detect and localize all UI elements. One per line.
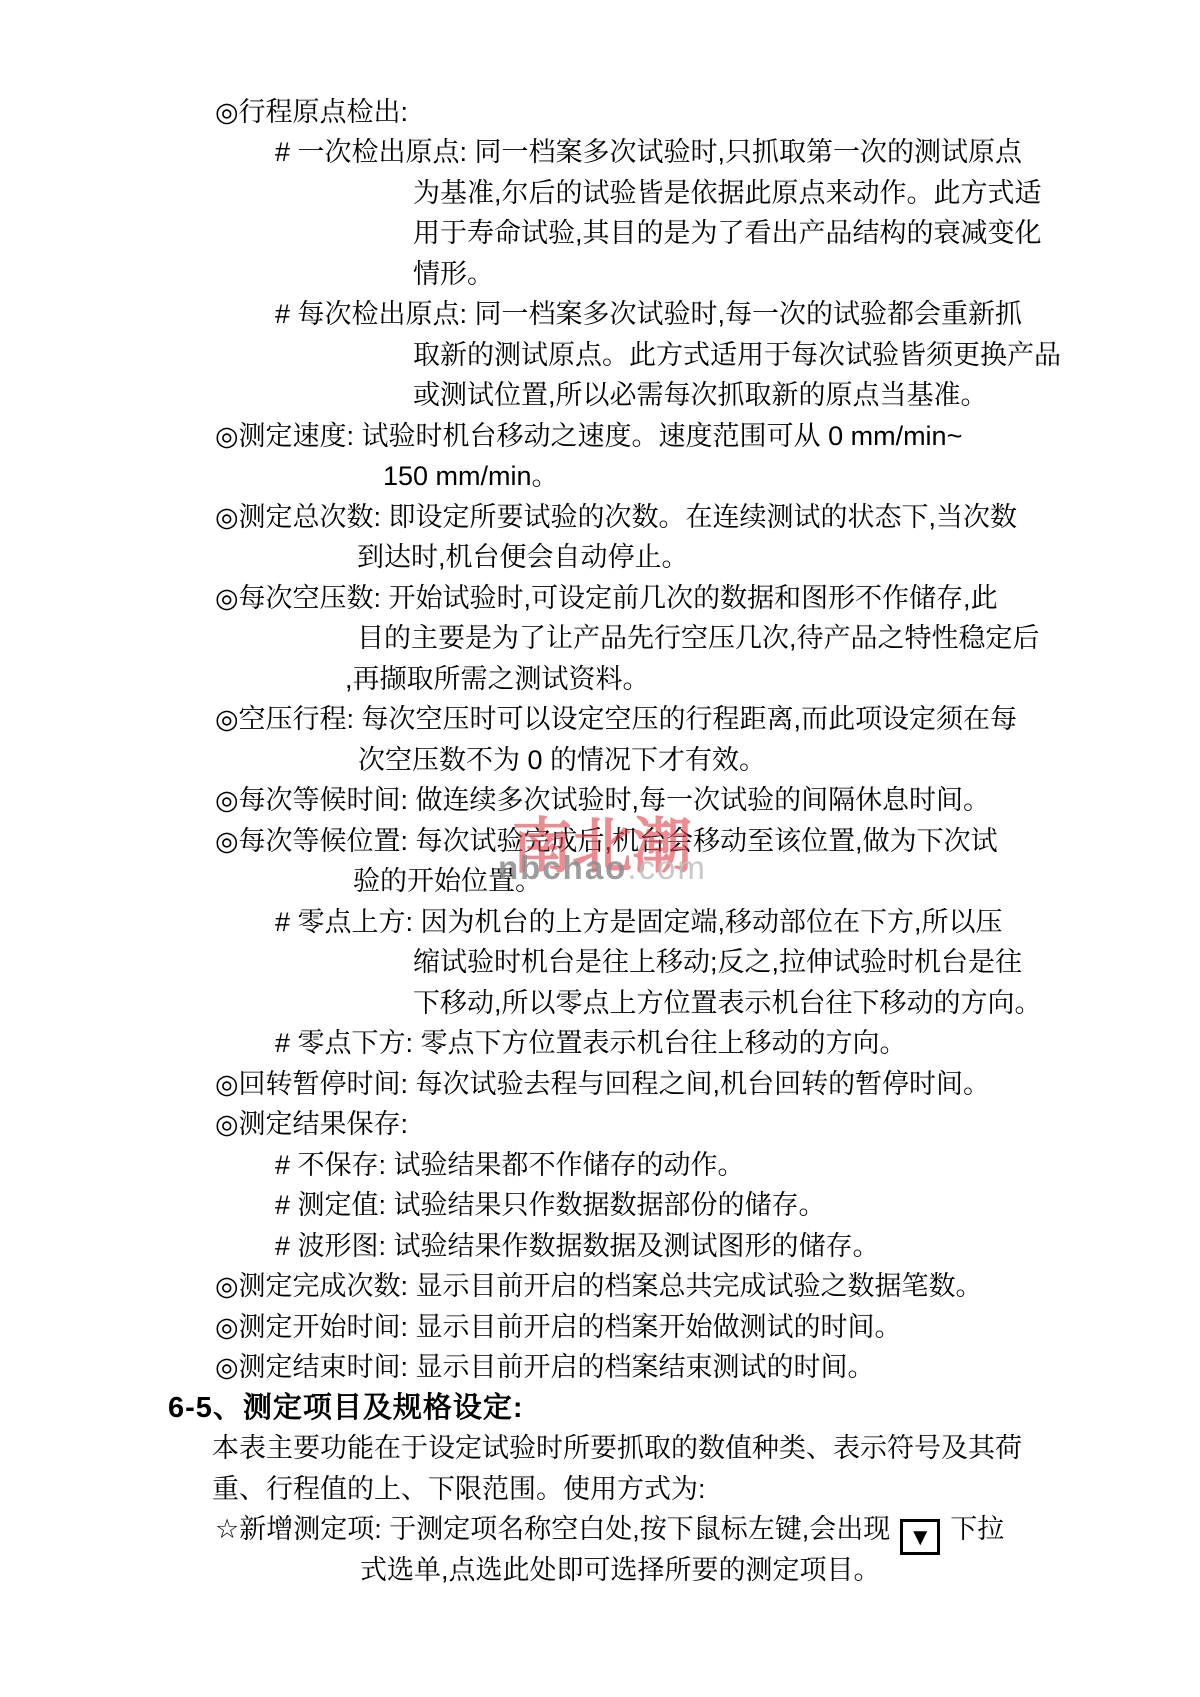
doc-line: ◎测定完成次数: 显示目前开启的档案总共完成试验之数据笔数。	[215, 1269, 983, 1303]
doc-line: 目的主要是为了让产品先行空压几次,待产品之特性稳定后	[357, 621, 1040, 655]
doc-line: ◎测定总次数: 即设定所要试验的次数。在连续测试的状态下,当次数	[215, 500, 1017, 534]
doc-line-with-dropdown: ☆新增测定项: 于测定项名称空白处,按下鼠标左键,会出现▼下拉	[215, 1512, 1004, 1555]
doc-line: 到达时,机台便会自动停止。	[357, 540, 689, 574]
doc-line: # 不保存: 试验结果都不作储存的动作。	[275, 1148, 745, 1182]
doc-line: 或测试位置,所以必需每次抓取新的原点当基准。	[413, 378, 988, 412]
doc-line: ◎测定结束时间: 显示目前开启的档案结束测试的时间。	[215, 1350, 875, 1384]
doc-line: 本表主要功能在于设定试验时所要抓取的数值种类、表示符号及其荷	[212, 1431, 1022, 1465]
doc-line: 150 mm/min。	[383, 459, 559, 493]
doc-line: # 波形图: 试验结果作数据数据及测试图形的储存。	[275, 1229, 880, 1263]
doc-line: # 测定值: 试验结果只作数据数据部份的储存。	[275, 1188, 826, 1222]
doc-line: ◎每次等候时间: 做连续多次试验时,每一次试验的间隔休息时间。	[215, 783, 990, 817]
doc-line: ,再撷取所需之测试资料。	[345, 662, 650, 696]
doc-line: 取新的测试原点。此方式适用于每次试验皆须更换产品	[413, 338, 1061, 372]
doc-line: ◎每次等候位置: 每次试验完成后,机台会移动至该位置,做为下次试	[215, 824, 998, 858]
doc-line: # 零点上方: 因为机台的上方是固定端,移动部位在下方,所以压	[275, 905, 1003, 939]
doc-line: 缩试验时机台是往上移动;反之,拉伸试验时机台是往	[413, 945, 1022, 979]
doc-line-text-before: ☆新增测定项: 于测定项名称空白处,按下鼠标左键,会出现	[215, 1514, 890, 1544]
doc-line: # 零点下方: 零点下方位置表示机台往上移动的方向。	[275, 1026, 907, 1060]
doc-line: ◎测定结果保存:	[215, 1107, 408, 1141]
doc-line: 情形。	[413, 257, 494, 291]
doc-line: ◎回转暂停时间: 每次试验去程与回程之间,机台回转的暂停时间。	[215, 1067, 990, 1101]
doc-line: ◎测定速度: 试验时机台移动之速度。速度范围可从 0 mm/min~	[215, 419, 962, 453]
doc-line: 为基准,尔后的试验皆是依据此原点来动作。此方式适	[413, 176, 1042, 210]
manual-page: ◎行程原点检出: # 一次检出原点: 同一档案多次试验时,只抓取第一次的测试原点…	[0, 0, 1200, 1697]
doc-line: 重、行程值的上、下限范围。使用方式为:	[212, 1472, 706, 1506]
doc-line: # 一次检出原点: 同一档案多次试验时,只抓取第一次的测试原点	[275, 135, 1022, 169]
doc-line-text-after: 下拉	[950, 1514, 1004, 1544]
doc-line: 次空压数不为 0 的情况下才有效。	[358, 743, 766, 777]
doc-line: ◎行程原点检出:	[215, 95, 408, 129]
doc-line: 用于寿命试验,其目的是为了看出产品结构的衰减变化	[413, 216, 1042, 250]
section-heading-6-5: 6-5、测定项目及规格设定:	[168, 1391, 524, 1425]
doc-line: 式选单,点选此处即可选择所要的测定项目。	[360, 1553, 881, 1587]
doc-line: 验的开始位置。	[353, 864, 542, 898]
doc-line: ◎空压行程: 每次空压时可以设定空压的行程距离,而此项设定须在每	[215, 702, 1017, 736]
doc-line: # 每次检出原点: 同一档案多次试验时,每一次的试验都会重新抓	[275, 297, 1022, 331]
doc-line: ◎每次空压数: 开始试验时,可设定前几次的数据和图形不作储存,此	[215, 581, 998, 615]
doc-line: ◎测定开始时间: 显示目前开启的档案开始做测试的时间。	[215, 1310, 902, 1344]
dropdown-button-icon: ▼	[900, 1519, 940, 1555]
dropdown-arrow-icon: ▼	[908, 1524, 932, 1551]
doc-line: 下移动,所以零点上方位置表示机台往下移动的方向。	[413, 986, 1042, 1020]
